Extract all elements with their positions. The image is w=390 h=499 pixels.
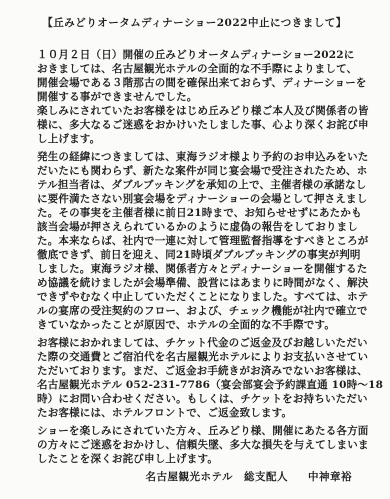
text-line: １０月２日（日）開催の丘みどりオータムディナーショー2022に <box>37 48 352 62</box>
text-line: だいたにも関わらず、新たな案件が同じ宴会場で受注されたため、ホ <box>37 164 352 178</box>
text-line: 時）にお問い合わせください。もしくは、チケットをお持ちいただい <box>37 392 352 406</box>
text-line: 発生の経緯につきましては、東海ラジオ様より予約のお申込みをいた <box>37 150 352 164</box>
signature-person-name: 中神章裕 <box>308 470 352 484</box>
text-line: できずやむなく中止していただくことになりました。すべては、ホテ <box>37 290 352 304</box>
paragraph: １０月２日（日）開催の丘みどりオータムディナーショー2022におきましては、名古… <box>37 48 352 146</box>
text-line: ショーを楽しみにされていた方々、丘みどり様、開催にあたる各方面 <box>37 424 352 438</box>
text-line: ただいております。まだ、ご返金お手続きがお済みでないお客様は、 <box>37 364 352 378</box>
text-line: た。その事実を主催者様に前日21時まで、お知らせせずにあたかも <box>37 206 352 220</box>
text-line: 該当会場が押さえられているかのように虚偽の報告をしておりまし <box>37 220 352 234</box>
text-line: し上げます。 <box>37 132 352 146</box>
text-line: ルの宴席の受注契約のフロー、および、チェック機能が社内で確立で <box>37 304 352 318</box>
text-line: しました。東海ラジオ様、関係者方々とディナーショーを開催するた <box>37 262 352 276</box>
text-line: 楽しみにされていたお客様をはじめ丘みどり様ご本人及び関係者の皆 <box>37 104 352 118</box>
body-paragraphs: １０月２日（日）開催の丘みどりオータムディナーショー2022におきましては、名古… <box>37 48 352 466</box>
paragraph: お客様におかれましては、チケット代金のご返金及びお越しいただいた際の交通費とご宿… <box>37 336 352 420</box>
text-line: 開催する事ができませんでした。 <box>37 90 352 104</box>
text-line: 様に、多大なるご迷惑をおかけいたしました事、心より深くお詫び申 <box>37 118 352 132</box>
text-line: た際の交通費とご宿泊代を名古屋観光ホテルによりお支払いさせてい <box>37 350 352 364</box>
text-line: たお客様には、ホテルフロントで、ご返金致します。 <box>37 406 352 420</box>
text-line: 開催会場である３階那古の間を確保出来ておらず、ディナーショーを <box>37 76 352 90</box>
text-line: 名古屋観光ホテル 052-231-7786（宴会部宴会予約課直通 10時～18 <box>37 378 352 392</box>
text-line: お客様におかれましては、チケット代金のご返金及びお越しいただい <box>37 336 352 350</box>
text-line: め協議を続けましたが会場準備、設営にはあまりに時間がなく、解決 <box>37 276 352 290</box>
notice-title: 【丘みどりオータムディナーショー2022中止につきまして】 <box>37 16 352 30</box>
text-line: に要件満たさない別宴会場をディナーショーの会場として押さえまし <box>37 192 352 206</box>
text-line: テル担当者は、ダブルブッキングを承知の上で、主催者様の承諾なし <box>37 178 352 192</box>
text-line: したことを深くお詫び申し上げます。 <box>37 452 352 466</box>
text-line: おきましては、名古屋観光ホテルの全面的な不手際によりまして、 <box>37 62 352 76</box>
text-line: た。本来ならば、社内で一連に対して管理監督指導をすべきところが <box>37 234 352 248</box>
cancellation-notice-page: 【丘みどりオータムディナーショー2022中止につきまして】 １０月２日（日）開催… <box>0 0 390 499</box>
signature-hotel-name: 名古屋観光ホテル <box>146 470 233 484</box>
paragraph: ショーを楽しみにされていた方々、丘みどり様、開催にあたる各方面の方々にご迷惑をお… <box>37 424 352 466</box>
signature-line: 名古屋観光ホテル 総支配人 中神章裕 <box>37 470 352 484</box>
signature-role: 総支配人 <box>244 470 288 484</box>
text-line: 徹底できず、前日を迎え、同21時頃ダブルブッキングの事実が判明 <box>37 248 352 262</box>
paragraph: 発生の経緯につきましては、東海ラジオ様より予約のお申込みをいただいたにも関わらず… <box>37 150 352 332</box>
text-line: の方々にご迷惑をおかけし、信頼失墜、多大な損失を与えてしまいま <box>37 438 352 452</box>
text-line: きていなかったことが原因で、ホテルの全面的な不手際です。 <box>37 318 352 332</box>
